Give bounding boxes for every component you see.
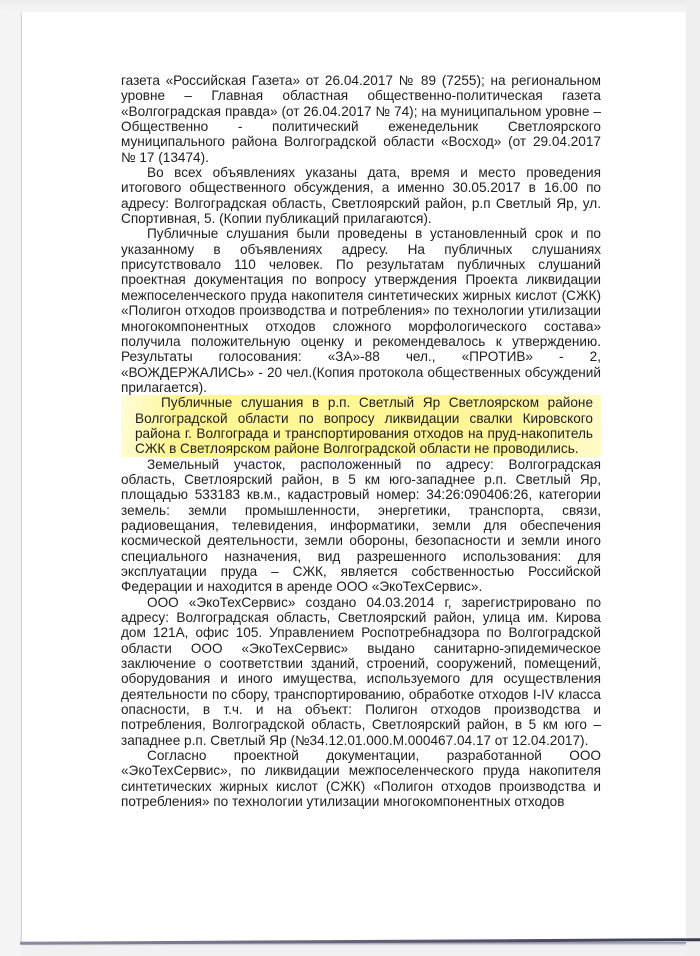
paragraph-project-documentation: Согласно проектной документации, разрабо… [121, 748, 601, 809]
paragraph-highlighted-no-hearings: Публичные слушания в р.п. Светлый Яр Све… [121, 395, 601, 456]
document-body: газета «Российская Газета» от 26.04.2017… [121, 73, 601, 810]
paragraph-land-plot: Земельный участок, расположенный по адре… [121, 457, 601, 595]
paragraph-hearing-results: Публичные слушания были проведены в уста… [121, 226, 601, 395]
scan-right-margin [686, 0, 700, 956]
paragraph-announcement-details: Во всех объявлениях указаны дата, время … [121, 165, 601, 226]
paragraph-newspaper-publications: газета «Российская Газета» от 26.04.2017… [121, 73, 601, 165]
paragraph-ecotechservice: ООО «ЭкоТехСервис» создано 04.03.2014 г,… [121, 595, 601, 748]
